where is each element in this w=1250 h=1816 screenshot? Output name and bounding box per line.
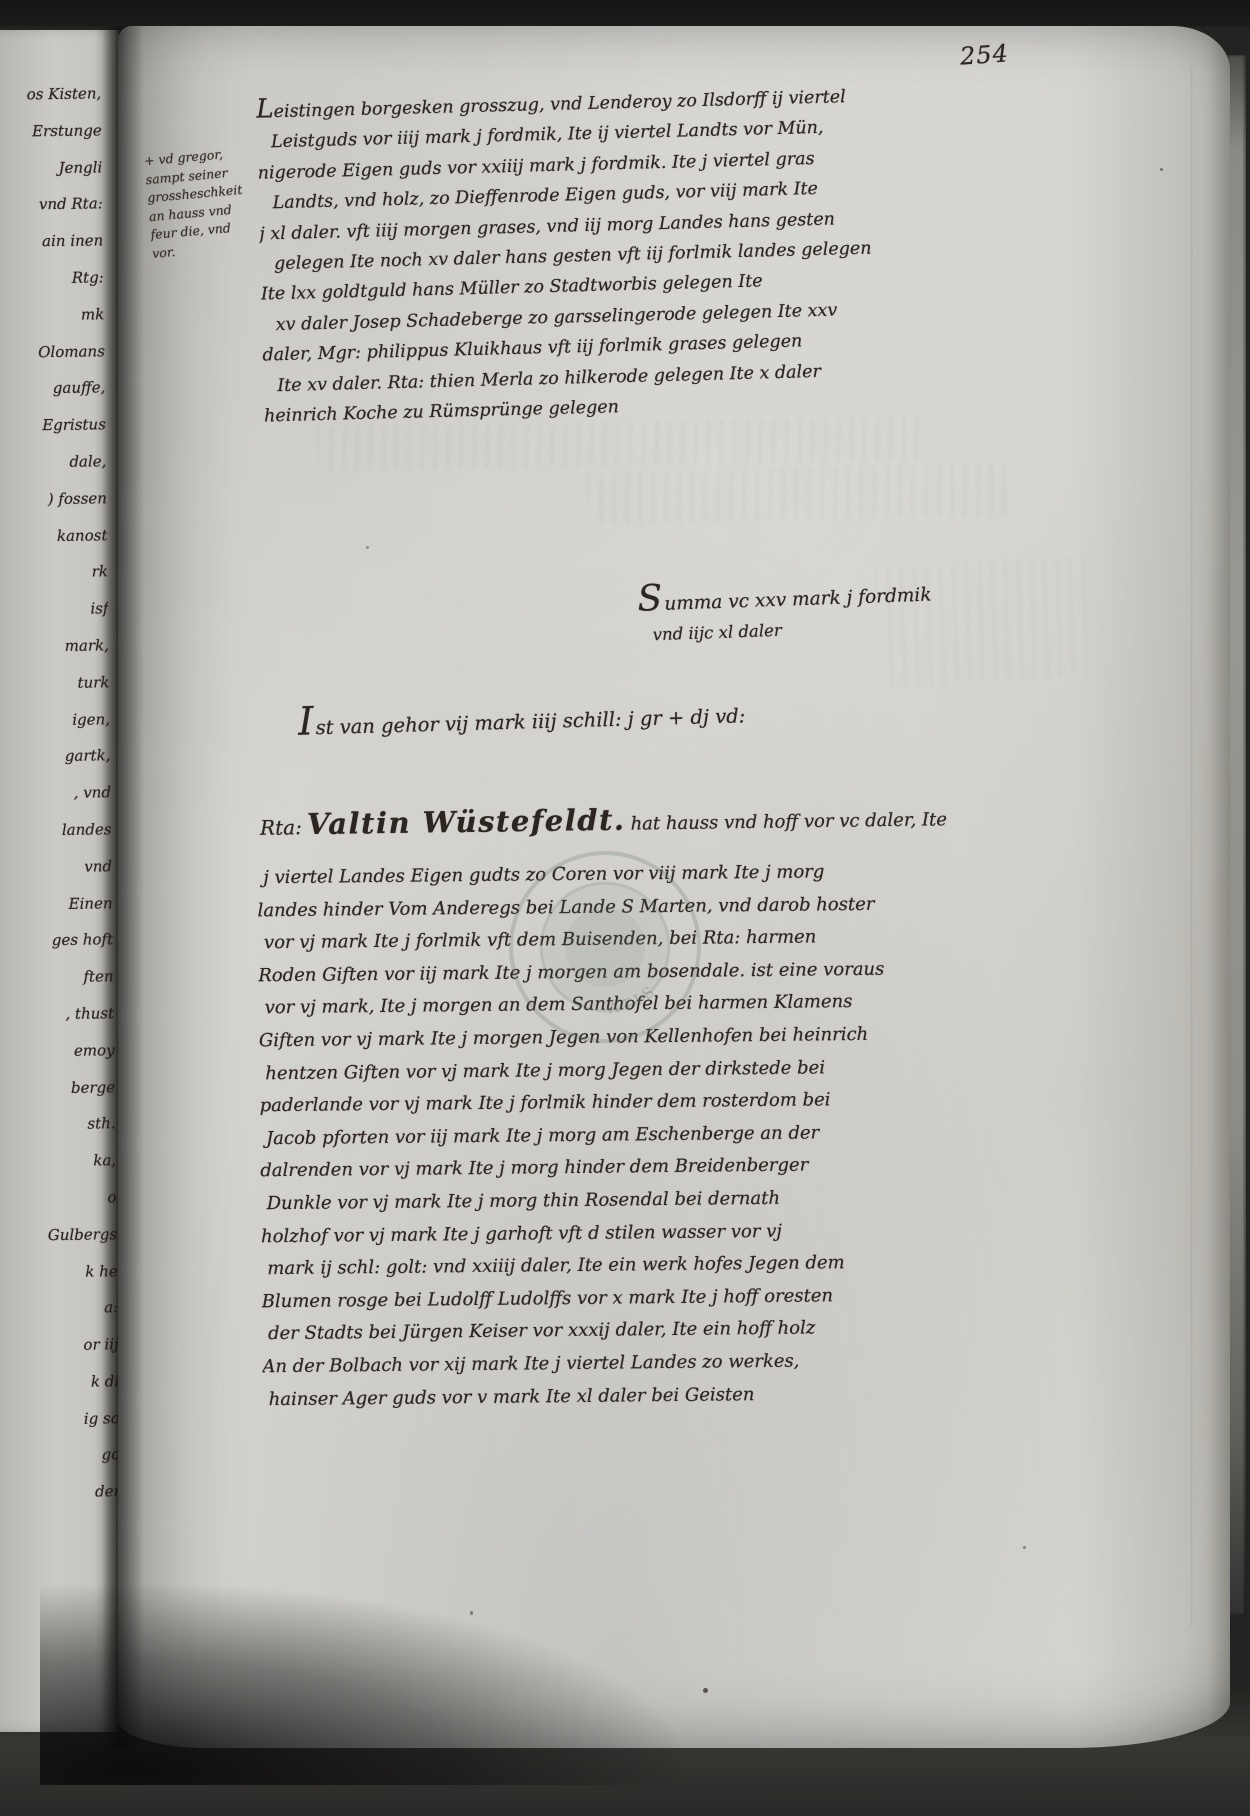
text-fragment: emoy — [8, 1032, 115, 1070]
text-fragment: gartk, — [4, 738, 111, 776]
text-fragment: turk — [3, 664, 110, 702]
text-fragment: o — [10, 1179, 117, 1217]
text-fragment: isf — [2, 590, 109, 628]
text-fragment: go — [14, 1437, 121, 1475]
text-fragment: k di — [13, 1363, 120, 1401]
summa-total: Summa vc xxv mark j fordmikvnd iijc xl d… — [637, 572, 969, 650]
text-fragment: ain inen — [0, 223, 104, 261]
text-fragment: a: — [12, 1290, 119, 1328]
text-fragment: vnd — [6, 848, 113, 886]
text-fragment: Egristus — [0, 406, 106, 444]
text-fragment: dale, — [0, 443, 107, 481]
text-fragment: Rtg: — [0, 259, 104, 297]
text-fragment: landes — [5, 811, 112, 849]
paper-speck — [470, 1611, 473, 1615]
facing-page-text-fragments: os Kisten,ErstungeJenglivnd Rta:ain inen… — [0, 75, 121, 1511]
text-fragment: Erstunge — [0, 112, 102, 150]
text-fragment: , thust — [8, 995, 115, 1033]
text-fragment: Gulbergs — [11, 1216, 118, 1254]
round-archive-stamp: ATIS — [500, 842, 710, 1052]
text-fragment: Einen — [6, 885, 113, 923]
subtotal-line: Ist van gehor vij mark iiij schill: j gr… — [298, 680, 999, 745]
text-fragment: igen, — [4, 701, 111, 739]
text-fragment: ka, — [10, 1142, 117, 1180]
text-fragment: k he — [11, 1253, 118, 1291]
paper-speck — [1160, 168, 1163, 171]
paper-speck — [1023, 1546, 1026, 1549]
text-fragment: os Kisten, — [0, 75, 101, 113]
bleedthrough-ghost-text — [587, 463, 1008, 526]
text-fragment: ften — [7, 958, 114, 996]
text-fragment: ig so — [13, 1400, 120, 1438]
page-number: 254 — [959, 39, 1010, 70]
text-fragment: vnd Rta: — [0, 186, 103, 224]
entry-heading-name: Valtin Wüstefeldt. — [307, 803, 626, 841]
entry-heading-tail: hat hauss vnd hoff vor vc daler, Ite — [630, 809, 947, 834]
text-fragment: mark, — [3, 627, 110, 665]
manuscript-photo: os Kisten,ErstungeJenglivnd Rta:ain inen… — [0, 0, 1250, 1816]
text-fragment: Jengli — [0, 149, 103, 187]
margin-note: + vd gregor,sampt seinergrossheschkeitan… — [143, 142, 270, 263]
top-paragraph: Leistingen borgesken grosszug, vnd Lende… — [256, 74, 1071, 432]
text-fragment: rk — [2, 554, 109, 592]
text-fragment: sth. — [9, 1106, 116, 1144]
entry-heading-prefix: Rta: — [260, 815, 302, 840]
text-fragment: or iij — [12, 1326, 119, 1364]
text-fragment: ges hoft — [7, 922, 114, 960]
text-fragment: der — [15, 1473, 122, 1511]
text-fragment: ) fossen — [1, 480, 108, 518]
manuscript-page: 254 + vd gregor,sampt seinergrossheschke… — [118, 26, 1230, 1748]
text-fragment: mk — [0, 296, 105, 334]
text-fragment: gauffe, — [0, 370, 106, 408]
page-crease — [1190, 66, 1193, 1626]
paper-speck — [703, 1688, 708, 1693]
text-fragment: , vnd — [5, 774, 112, 812]
text-fragment: kanost — [1, 517, 108, 555]
text-fragment: Olomans — [0, 333, 105, 371]
text-fragment: berge — [9, 1069, 116, 1107]
facing-page-edge: os Kisten,ErstungeJenglivnd Rta:ain inen… — [0, 30, 119, 1732]
entry-heading: Rta: Valtin Wüstefeldt. hat hauss vnd ho… — [260, 796, 1090, 842]
paper-speck — [366, 546, 369, 549]
